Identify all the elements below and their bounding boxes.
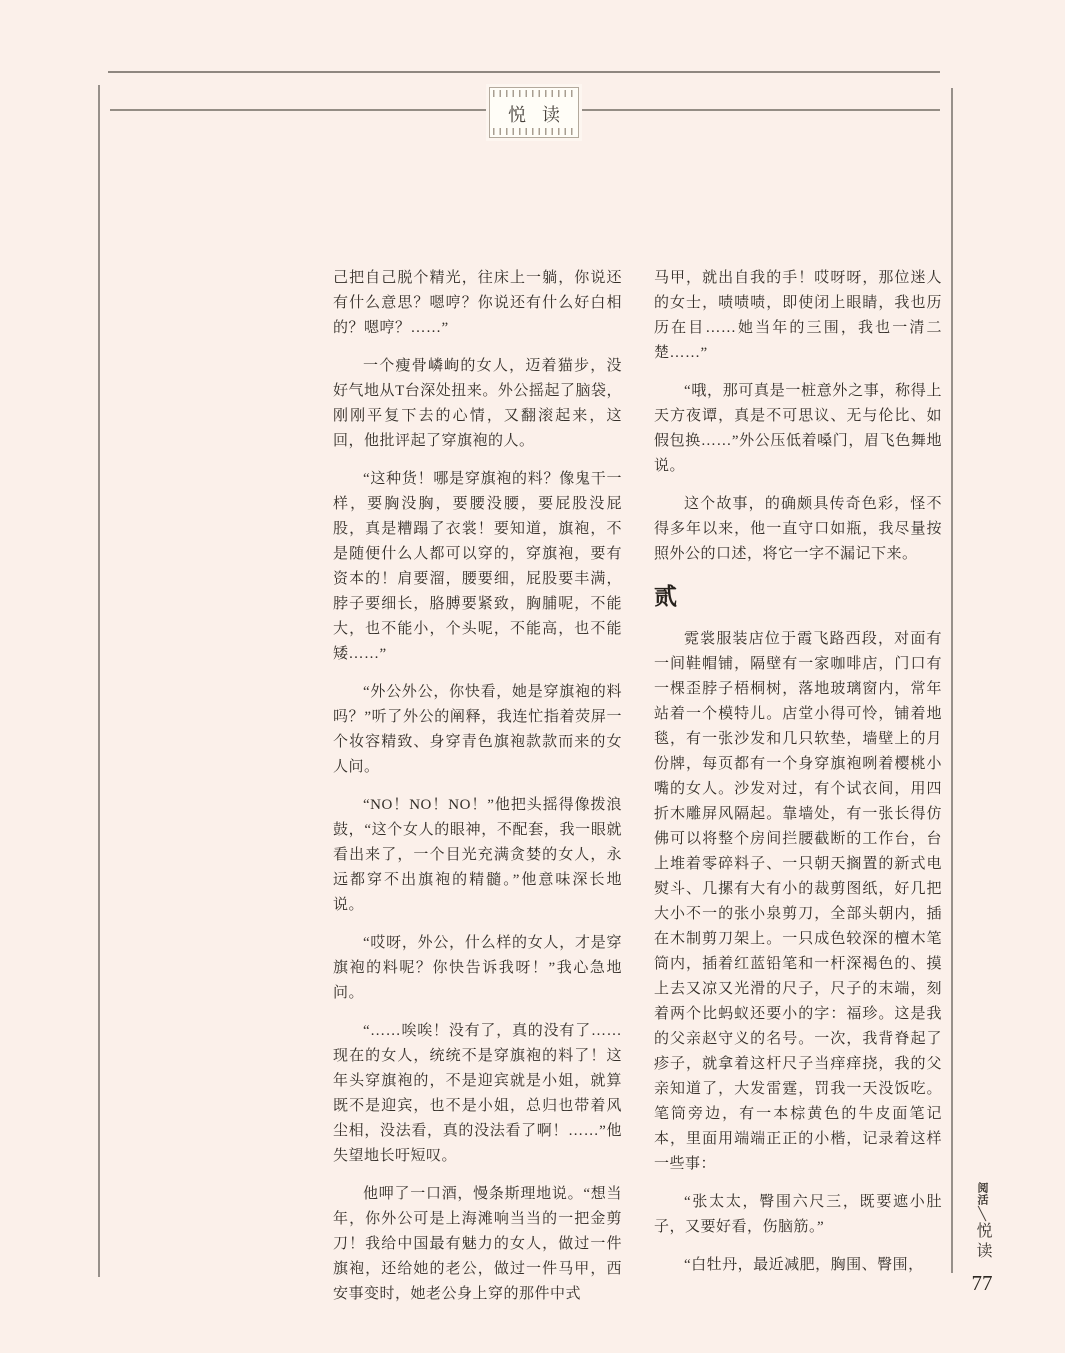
section-header-stamp: 悦读 (489, 87, 579, 138)
section-header-label: 悦读 (492, 101, 576, 127)
paragraph: 马甲，就出自我的手！哎呀呀，那位迷人的女士，啧啧啧，即使闭上眼睛，我也历历在目…… (654, 266, 942, 366)
right-border-rule (951, 88, 953, 1273)
paragraph: “外公外公，你快看，她是穿旗袍的料吗？”听了外公的阐释，我连忙指着荧屏一个妆容精… (333, 680, 622, 780)
page-number: 77 (972, 1271, 993, 1296)
paragraph: “NO！NO！NO！”他把头摇得像拨浪鼓，“这个女人的眼神，不配套，我一眼就看出… (333, 793, 622, 918)
paragraph: 霓裳服装店位于霞飞路西段，对面有一间鞋帽铺，隔壁有一家咖啡店，门口有一棵歪脖子梧… (654, 627, 942, 1177)
left-border-rule (98, 85, 100, 1277)
section-heading: 贰 (654, 582, 942, 612)
paragraph: “张太太，臀围六尺三，既要遮小肚子，又要好看，伤脑筋。” (654, 1190, 942, 1240)
paragraph: 己把自己脱个精光，往床上一躺，你说还有什么意思？嗯哼？你说还有什么好白相的？嗯哼… (333, 266, 622, 341)
sidebar-section-label: 悦读 (973, 1222, 991, 1262)
sidebar-category-label: 阅活 (975, 1182, 989, 1206)
paragraph: “……唉唉！没有了，真的没有了……现在的女人，统统不是穿旗袍的料了！这年头穿旗袍… (333, 1019, 622, 1169)
paragraph: “哎呀，外公，什么样的女人，才是穿旗袍的料呢？你快告诉我呀！”我心急地问。 (333, 931, 622, 1006)
page-margin-sidebar: 阅活 ╲ 悦读 77 (961, 1182, 1003, 1296)
paragraph: “这种货！哪是穿旗袍的料？像鬼干一样，要胸没胸，要腰没腰，要屁股没屁股，真是糟蹋… (333, 467, 622, 667)
right-text-column: 马甲，就出自我的手！哎呀呀，那位迷人的女士，啧啧啧，即使闭上眼睛，我也历历在目…… (654, 266, 942, 1278)
paragraph: 他呷了一口酒，慢条斯理地说。“想当年，你外公可是上海滩响当当的一把金剪刀！我给中… (333, 1182, 622, 1307)
filmstrip-perforation-bottom-icon (493, 128, 575, 135)
top-rule (108, 71, 940, 73)
paragraph: 这个故事，的确颇具传奇色彩，怪不得多年以来，他一直守口如瓶，我尽量按照外公的口述… (654, 492, 942, 567)
filmstrip-perforation-top-icon (493, 90, 575, 97)
magazine-page: 悦读 己把自己脱个精光，往床上一躺，你说还有什么意思？嗯哼？你说还有什么好白相的… (0, 0, 1065, 1353)
sidebar-slash-icon: ╲ (978, 1207, 986, 1221)
paragraph: 一个瘦骨嶙峋的女人，迈着猫步，没好气地从T台深处扭来。外公摇起了脑袋，刚刚平复下… (333, 354, 622, 454)
left-text-column: 己把自己脱个精光，往床上一躺，你说还有什么意思？嗯哼？你说还有什么好白相的？嗯哼… (333, 266, 622, 1307)
paragraph: “哦，那可真是一桩意外之事，称得上天方夜谭，真是不可思议、无与伦比、如假包换……… (654, 379, 942, 479)
paragraph: “白牡丹，最近减肥，胸围、臀围， (654, 1253, 942, 1278)
